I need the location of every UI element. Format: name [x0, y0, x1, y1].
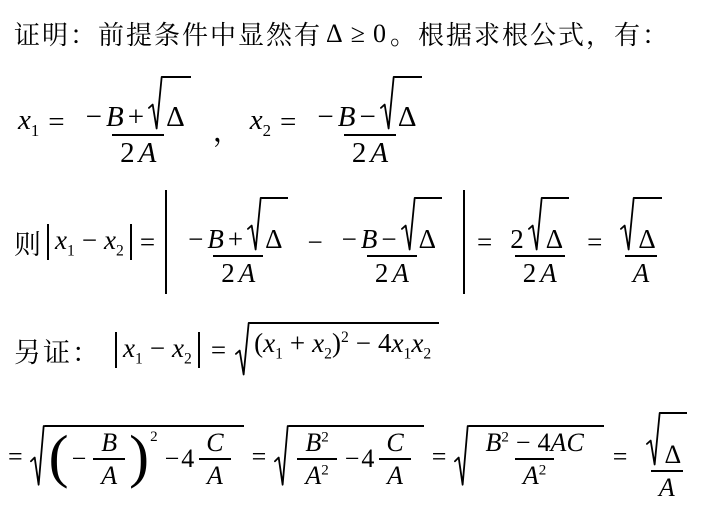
radicand: Δ — [635, 197, 661, 253]
var-x: x — [18, 104, 31, 136]
var-A: A — [523, 461, 539, 490]
equals-sign: = — [140, 227, 155, 258]
var-A: A — [305, 461, 321, 490]
x1-fraction: −B+ Δ 2A — [78, 76, 199, 168]
alt-proof-label: 另证： — [14, 331, 101, 370]
minus-sign: − — [165, 444, 180, 474]
minus-sign: − — [317, 103, 333, 132]
equals-sign: = — [477, 227, 492, 258]
abs-fraction-difference: −B+ Δ 2A − −B− Δ 2A — [165, 190, 465, 294]
radicand: Δ — [262, 197, 288, 253]
fraction-denominator: A — [625, 255, 658, 287]
fraction-denominator: 2A — [344, 134, 396, 168]
B-over-A-fraction: B A — [93, 430, 125, 489]
abs-x1-minus-x2: x1−x2 — [47, 224, 132, 260]
radical-icon — [646, 412, 661, 468]
superscript-2: 2 — [501, 429, 509, 445]
radicand: Δ — [395, 76, 423, 132]
sqrt-sum-product-expression: (x1+x2)2−4x1x2 — [235, 322, 439, 378]
radicand: Δ — [661, 412, 687, 468]
fraction-denominator: A — [93, 458, 125, 489]
minus-sign: − — [72, 444, 87, 474]
C-over-A-fraction: C A — [378, 430, 411, 489]
plus-sign: + — [290, 328, 305, 358]
var-x: x — [263, 328, 275, 358]
geq-symbol: ≥ — [351, 19, 365, 48]
var-A: A — [387, 463, 403, 489]
two-sqrt-delta-fraction: 2 Δ 2A — [502, 197, 577, 287]
fraction-numerator: Δ — [612, 197, 669, 255]
delta-condition: Δ≥0 — [322, 19, 390, 49]
final-derivation-line: = ( − B A ) 2 − 4 C A = B2 A2 − 4 C A = … — [8, 412, 699, 501]
radical-icon — [528, 197, 543, 253]
equals-sign: = — [252, 442, 267, 472]
var-x: x — [312, 328, 324, 358]
minus-sign: − — [345, 444, 360, 474]
delta-symbol: Δ — [326, 19, 343, 48]
var-A: A — [392, 260, 409, 287]
difference-formula-line: 则 x1−x2 = −B+ Δ 2A − −B− Δ 2A = 2 Δ 2A =… — [14, 190, 674, 294]
digit-4: 4 — [361, 444, 374, 474]
equals-sign: = — [280, 106, 296, 139]
minus-sign: − — [86, 103, 102, 132]
radicand: (x1+x2)2−4x1x2 — [250, 322, 439, 378]
var-x: x — [172, 333, 184, 363]
var-C: C — [566, 428, 583, 457]
minus-sign: − — [150, 333, 165, 363]
fraction-denominator: A2 — [297, 458, 336, 489]
var-x: x — [392, 328, 404, 358]
subscript-2: 2 — [184, 350, 192, 367]
fraction-numerator: B2 — [297, 430, 336, 458]
x2-symbol: x2 — [250, 104, 271, 140]
sqrt-delta: Δ — [247, 197, 288, 253]
x1-minus-x2: x1−x2 — [123, 333, 192, 367]
zero-digit: 0 — [373, 19, 386, 48]
delta-symbol: Δ — [419, 226, 436, 253]
x1-minus-x2: x1−x2 — [55, 225, 124, 259]
roots-formula-line: x1 = −B+ Δ 2A ， x2 = −B− Δ 2A — [18, 76, 434, 168]
sqrt-delta: Δ — [401, 197, 442, 253]
radicand: Δ — [416, 197, 442, 253]
radical-icon — [274, 425, 289, 489]
radical-icon — [401, 197, 416, 253]
var-A: A — [239, 260, 256, 287]
var-B: B — [361, 226, 378, 253]
sqrt-delta-over-A-fraction: Δ A — [612, 197, 669, 287]
radicand: Δ — [163, 76, 191, 132]
delta-symbol: Δ — [638, 226, 655, 253]
right-paren: ) — [332, 328, 341, 358]
var-B: B — [485, 428, 501, 457]
delta-symbol: Δ — [664, 442, 681, 468]
fraction-denominator: 2A — [112, 134, 164, 168]
fraction-numerator: Δ — [638, 412, 695, 470]
subscript-1: 1 — [31, 121, 39, 140]
sqrt-delta: Δ — [646, 412, 687, 468]
delta-symbol: Δ — [546, 226, 563, 253]
fraction-numerator: C — [378, 430, 411, 458]
digit-2: 2 — [352, 139, 367, 168]
C-over-A-fraction: C A — [198, 430, 231, 489]
proof-intro-line: 证明：前提条件中显然有 Δ≥0 。根据求根公式，有： — [14, 15, 670, 52]
sqrt-delta: Δ — [620, 197, 661, 253]
fraction-numerator: B — [93, 430, 125, 458]
fraction-numerator: 2 Δ — [502, 197, 577, 255]
var-B: B — [207, 226, 224, 253]
var-x: x — [250, 104, 263, 136]
minus-sign: − — [307, 227, 322, 258]
digit-4: 4 — [181, 444, 194, 474]
digit-2: 2 — [510, 226, 524, 253]
fraction-denominator: 2A — [213, 255, 263, 287]
subscript-2: 2 — [116, 242, 124, 259]
minus-sign: − — [381, 226, 396, 253]
subscript-1: 1 — [67, 242, 75, 259]
sqrt-delta-over-A-fraction: Δ A — [638, 412, 695, 501]
sqrt-delta: Δ — [148, 76, 191, 132]
radicand: B2−4AC A2 — [469, 425, 603, 489]
subscript-2: 2 — [263, 121, 271, 140]
sqrt-delta: Δ — [380, 76, 423, 132]
delta-symbol: Δ — [398, 103, 417, 132]
plus-sign: + — [128, 103, 144, 132]
x1-fraction: −B+ Δ 2A — [180, 197, 296, 287]
minus-sign: − — [516, 428, 531, 457]
minus-sign: − — [188, 226, 203, 253]
fraction-numerator: C — [198, 430, 231, 458]
var-x: x — [411, 328, 423, 358]
B2-over-A2-fraction: B2 A2 — [297, 430, 336, 489]
abs-x1-minus-x2: x1−x2 — [115, 332, 200, 368]
var-B: B — [338, 103, 356, 132]
intro-lead-text: 证明：前提条件中显然有 — [14, 15, 322, 52]
plus-sign: + — [228, 226, 243, 253]
var-B: B — [305, 428, 321, 457]
digit-2: 2 — [375, 260, 389, 287]
radicand: B2 A2 − 4 C A — [289, 425, 423, 489]
big-left-paren: ( — [49, 433, 69, 481]
subscript-2: 2 — [423, 345, 431, 362]
superscript-2: 2 — [321, 429, 329, 445]
radical-icon — [30, 425, 45, 489]
var-B: B — [101, 430, 117, 456]
sqrt-delta: Δ — [528, 197, 569, 253]
equals-sign: = — [211, 335, 226, 366]
radical-icon — [235, 322, 250, 378]
equals-sign: = — [613, 442, 628, 472]
sqrt-discriminant-fraction: B2−4AC A2 — [454, 425, 603, 489]
var-C: C — [206, 430, 223, 456]
equals-sign: = — [587, 227, 602, 258]
x2-fraction: −B− Δ 2A — [309, 76, 430, 168]
delta-symbol: Δ — [166, 103, 185, 132]
var-A: A — [540, 260, 557, 287]
var-A: A — [370, 139, 388, 168]
superscript-2: 2 — [321, 462, 329, 478]
math-proof-document: { "page": {"background": "#ffffff", "ink… — [0, 0, 720, 511]
superscript-2: 2 — [539, 462, 547, 478]
radicand: ( − B A ) 2 − 4 C A — [45, 425, 244, 489]
fraction-denominator: 2A — [367, 255, 417, 287]
fraction-numerator: −B+ Δ — [180, 197, 296, 255]
fraction-denominator: 2A — [515, 255, 565, 287]
digit-4: 4 — [378, 328, 392, 358]
fraction-numerator: −B− Δ — [309, 76, 430, 134]
big-right-paren: ) — [129, 433, 149, 481]
equals-sign: = — [8, 442, 23, 472]
var-A: A — [659, 475, 675, 501]
subscript-1: 1 — [275, 345, 283, 362]
radical-icon — [148, 76, 163, 132]
var-A: A — [207, 463, 223, 489]
comma-separator: ， — [213, 109, 244, 150]
var-x: x — [123, 333, 135, 363]
left-paren: ( — [254, 328, 263, 358]
radical-icon — [247, 197, 262, 253]
then-label: 则 — [14, 223, 43, 262]
superscript-2: 2 — [150, 430, 158, 445]
minus-sign: − — [342, 226, 357, 253]
fraction-numerator: B2−4AC — [477, 430, 591, 458]
radicand: Δ — [543, 197, 569, 253]
subscript-2: 2 — [324, 345, 332, 362]
sqrt-paren-expression: ( − B A ) 2 − 4 C A — [30, 425, 244, 489]
var-A: A — [139, 139, 157, 168]
digit-2: 2 — [221, 260, 235, 287]
fraction-denominator: A — [199, 458, 231, 489]
var-x: x — [55, 225, 67, 255]
equals-sign: = — [48, 106, 64, 139]
var-A: A — [633, 260, 650, 287]
digit-2: 2 — [523, 260, 537, 287]
intro-tail-text: 。根据求根公式，有： — [390, 15, 670, 52]
fraction-denominator: A — [379, 458, 411, 489]
digit-4: 4 — [538, 428, 551, 457]
sqrt-squared-fractions: B2 A2 − 4 C A — [274, 425, 423, 489]
superscript-2: 2 — [341, 329, 349, 346]
subscript-1: 1 — [135, 350, 143, 367]
equals-sign: = — [432, 442, 447, 472]
fraction-numerator: −B+ Δ — [78, 76, 199, 134]
radical-icon — [620, 197, 635, 253]
minus-sign: − — [359, 103, 375, 132]
x2-fraction: −B− Δ 2A — [334, 197, 450, 287]
discriminant-fraction: B2−4AC A2 — [477, 430, 591, 489]
delta-symbol: Δ — [265, 226, 282, 253]
alt-proof-line: 另证： x1−x2 = (x1+x2)2−4x1x2 — [14, 322, 441, 378]
minus-sign: − — [356, 328, 371, 358]
var-x: x — [104, 225, 116, 255]
digit-2: 2 — [120, 139, 135, 168]
var-C: C — [386, 430, 403, 456]
fraction-denominator: A — [651, 470, 683, 501]
fraction-denominator: A2 — [515, 458, 554, 489]
x1-symbol: x1 — [18, 104, 39, 140]
minus-sign: − — [82, 225, 97, 255]
var-A: A — [551, 428, 567, 457]
radical-icon — [454, 425, 469, 489]
radical-icon — [380, 76, 395, 132]
var-B: B — [106, 103, 124, 132]
var-A: A — [101, 463, 117, 489]
fraction-numerator: −B− Δ — [334, 197, 450, 255]
